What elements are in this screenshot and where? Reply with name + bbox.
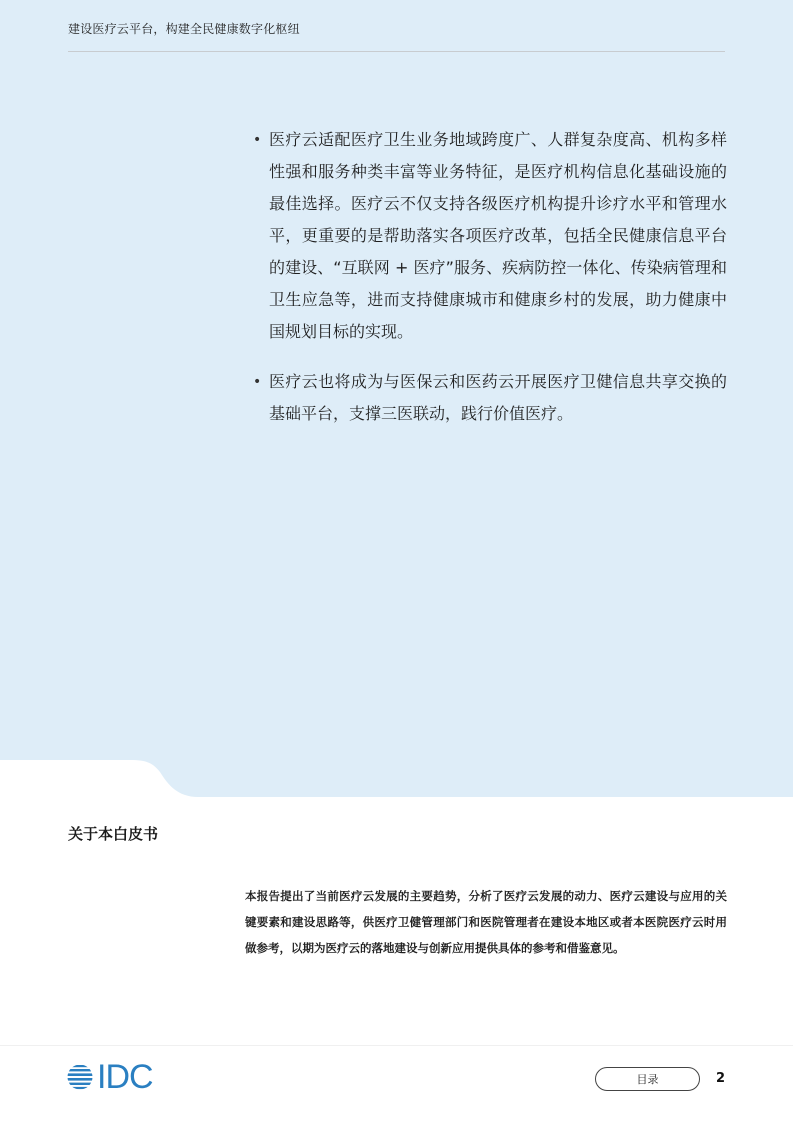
about-section-body: 本报告提出了当前医疗云发展的主要趋势，分析了医疗云发展的动力、医疗云建设与应用的…: [245, 883, 727, 961]
about-section-title: 关于本白皮书: [68, 823, 158, 844]
bullet-item: • 医疗云适配医疗卫生业务地域跨度广、人群复杂度高、机构多样性强和服务种类丰富等…: [252, 124, 727, 348]
running-header-title: 建设医疗云平台，构建全民健康数字化枢纽: [68, 20, 300, 37]
bullet-text: 医疗云也将成为与医保云和医药云开展医疗卫健信息共享交换的基础平台，支撑三医联动，…: [269, 372, 727, 423]
bullet-icon: •: [253, 124, 261, 156]
table-of-contents-button[interactable]: 目录: [595, 1067, 700, 1091]
key-points-list: • 医疗云适配医疗卫生业务地域跨度广、人群复杂度高、机构多样性强和服务种类丰富等…: [252, 124, 727, 448]
bullet-item: • 医疗云也将成为与医保云和医药云开展医疗卫健信息共享交换的基础平台，支撑三医联…: [252, 366, 727, 430]
page-number: 2: [716, 1071, 725, 1086]
idc-globe-icon: [67, 1064, 93, 1090]
bullet-icon: •: [253, 366, 261, 398]
bullet-text: 医疗云适配医疗卫生业务地域跨度广、人群复杂度高、机构多样性强和服务种类丰富等业务…: [269, 130, 727, 341]
footer-divider: [0, 1045, 793, 1046]
idc-logo: IDC: [67, 1061, 153, 1093]
header-divider: [68, 51, 725, 52]
idc-logo-text: IDC: [97, 1061, 153, 1093]
